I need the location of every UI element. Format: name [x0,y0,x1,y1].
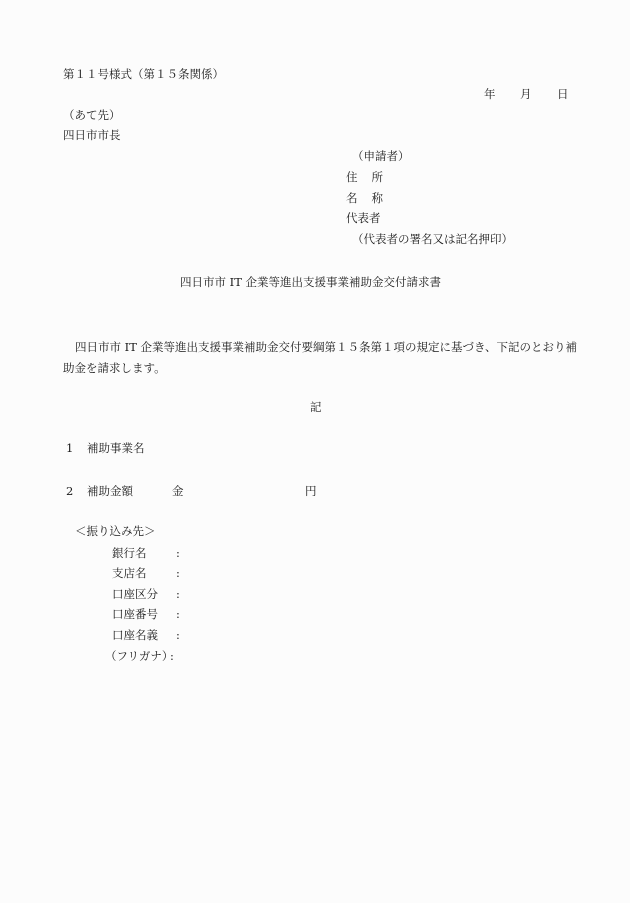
field-colon: : [170,649,174,663]
date-month-label: 月 [520,87,532,101]
item-number: 1 [66,441,73,455]
field-colon: : [176,587,180,601]
addressee-name: 四日市市長 [63,128,121,142]
item-number: 2 [66,484,73,498]
field-label: 銀行名 [112,546,147,560]
field-label: 口座名義 [112,628,158,642]
ki-heading: 記 [310,400,322,414]
applicant-representative-label: 代表者 [346,211,381,225]
body-paragraph: 四日市市 IT 企業等進出支援事業補助金交付要綱第１５条第１項の規定に基づき、下… [63,337,578,378]
applicant-signature-note: （代表者の署名又は記名押印） [352,232,513,246]
field-colon: : [176,546,180,560]
field-label: 口座番号 [112,607,158,621]
addressee-label: （あて先） [63,108,121,122]
amount-prefix: 金 [172,484,184,498]
date-day-label: 日 [557,87,569,101]
date-year-label: 年 [484,87,496,101]
item-label: 補助事業名 [87,441,145,455]
address-char-1: 住 [346,170,358,184]
field-label: 口座区分 [112,587,158,601]
bank-transfer-heading: ＜振り込み先＞ [75,524,156,538]
amount-unit: 円 [305,484,317,498]
applicant-name-label: 名称 [346,191,383,205]
applicant-address-label: 住所 [346,170,383,184]
field-colon: : [176,628,180,642]
item-label: 補助金額 [87,484,133,498]
field-colon: : [176,607,180,621]
name-char-1: 名 [346,191,358,205]
field-label: （フリガナ） [105,649,173,663]
document-title: 四日市市 IT 企業等進出支援事業補助金交付請求書 [180,275,441,289]
field-colon: : [176,566,180,580]
field-label: 支店名 [112,566,147,580]
name-char-2: 称 [372,191,384,205]
form-number: 第１１号様式（第１５条関係） [63,67,224,81]
applicant-label: （申請者） [352,149,410,163]
address-char-2: 所 [372,170,384,184]
